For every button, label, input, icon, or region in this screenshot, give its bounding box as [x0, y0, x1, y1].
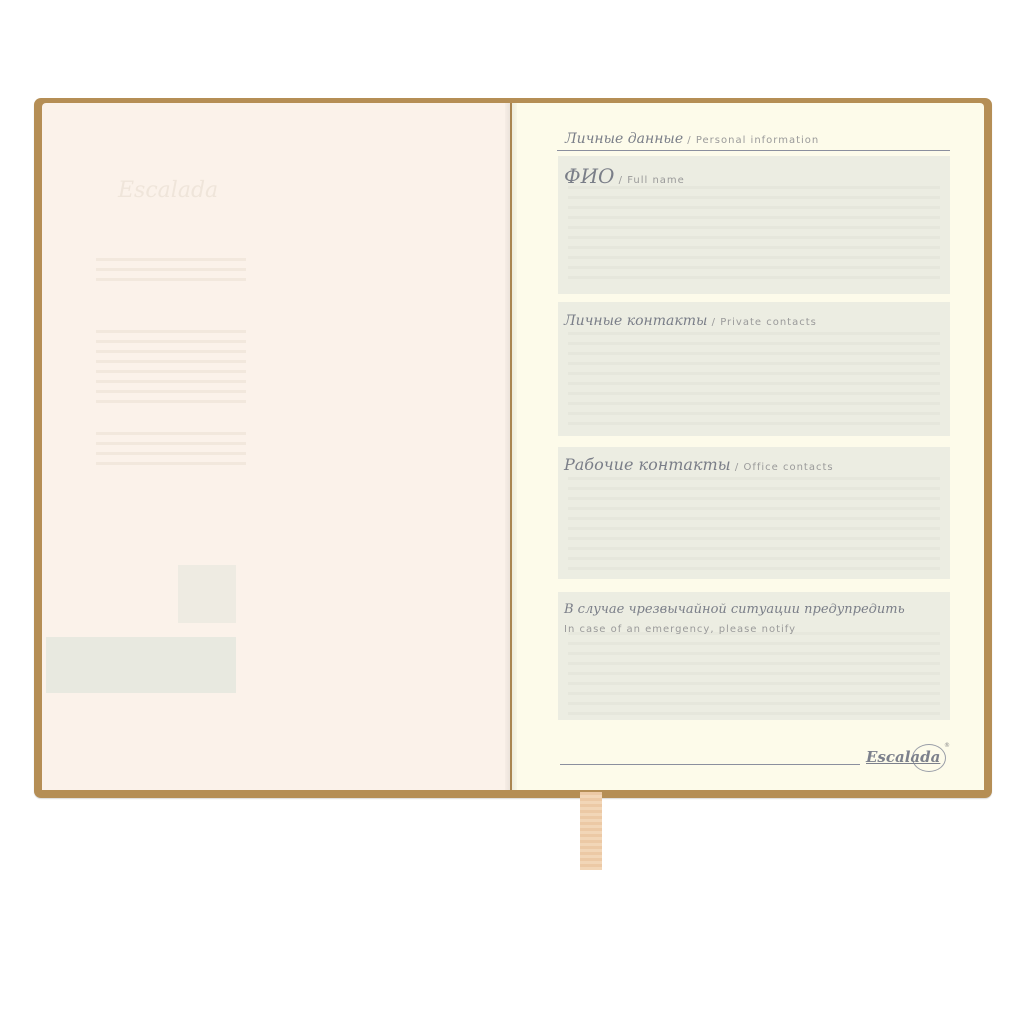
- section-private-contacts[interactable]: Личные контакты / Private contacts: [558, 302, 950, 436]
- registered-mark: ®: [944, 742, 950, 749]
- page-gutter: [505, 103, 517, 790]
- section-emergency-contact[interactable]: В случае чрезвычайной ситуации предупред…: [558, 592, 950, 720]
- brand-logo: Escalada: [866, 748, 940, 766]
- footer-rule: [560, 764, 860, 765]
- bookmark-ribbon[interactable]: [580, 792, 602, 870]
- header-rule: [557, 150, 950, 151]
- section-full-name[interactable]: ФИО / Full name: [558, 156, 950, 294]
- ghost-qr-code: [178, 565, 236, 623]
- ghost-text-block: [96, 258, 246, 288]
- ghost-brand-logo: Escalada: [118, 178, 218, 203]
- ghost-text-block: [96, 330, 246, 410]
- header-script: Личные данные: [565, 131, 683, 147]
- personal-info-header: Личные данные / Personal information: [565, 128, 950, 150]
- header-english: Personal information: [696, 135, 819, 146]
- section-office-contacts[interactable]: Рабочие контакты / Office contacts: [558, 447, 950, 579]
- ghost-text-block: [96, 432, 246, 472]
- ghost-band: [46, 637, 236, 693]
